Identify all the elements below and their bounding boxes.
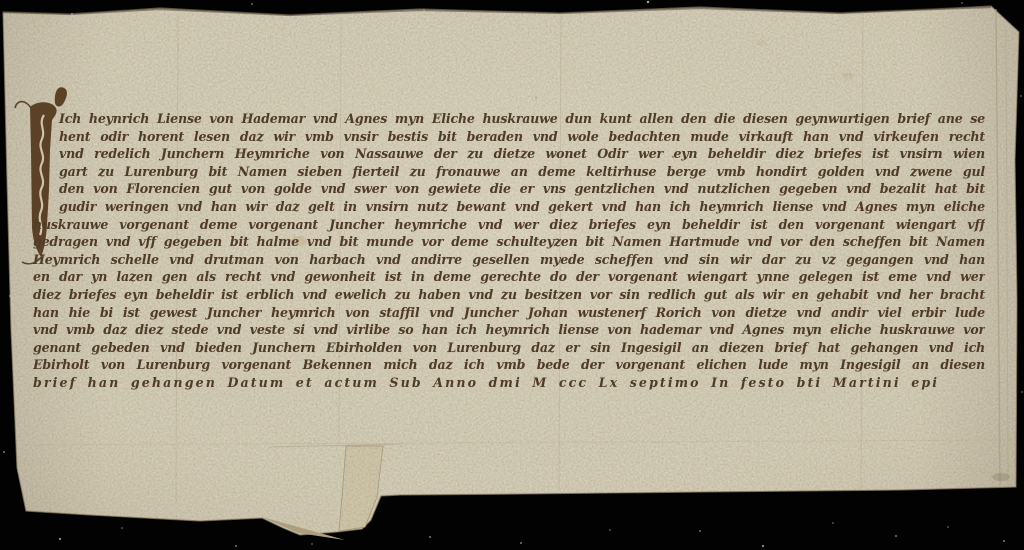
charter-line: Ebirholt von Lurenburg vorgenant Bekenne… <box>33 356 985 374</box>
charter-line: genant gebeden vnd bieden Junchern Ebirh… <box>33 339 985 357</box>
charter-line: han hie bi ist gewest Juncher heymrich v… <box>33 304 985 322</box>
charter-line: gedragen vnd vff gegeben bit halme vnd b… <box>33 233 985 251</box>
charter-line: Ich heynrich Liense von Hademar vnd Agne… <box>33 110 985 128</box>
charter-line: huskrauwe vorgenant deme vorgenant Junch… <box>33 216 985 234</box>
charter-line: en dar yn lazen gen als recht vnd gewonh… <box>33 268 985 286</box>
charter-line: diez briefes eyn beheldir ist erblich vn… <box>33 286 985 304</box>
charter-photograph: Ich heynrich Liense von Hademar vnd Agne… <box>0 0 1024 550</box>
charter-line: gart zu Lurenburg bit Namen sieben fiert… <box>33 163 985 181</box>
charter-line: vnd vmb daz diez stede vnd veste si vnd … <box>33 321 985 339</box>
charter-line: den von Florencien gut von golde vnd swe… <box>33 180 985 198</box>
seal-tag-strip <box>339 446 383 531</box>
charter-line: vnd redelich Junchern Heymriche von Nass… <box>33 145 985 163</box>
charter-line: Heymrich schelle vnd drutman von harbach… <box>33 251 985 269</box>
charter-text: Ich heynrich Liense von Hademar vnd Agne… <box>33 110 985 395</box>
charter-line: gudir weringen vnd han wir daz gelt in v… <box>33 198 985 216</box>
charter-line: hent odir horent lesen daz wir vmb vnsir… <box>33 128 985 146</box>
charter-line-dating-clause: brief han gehangen Datum et actum Sub An… <box>33 374 985 392</box>
